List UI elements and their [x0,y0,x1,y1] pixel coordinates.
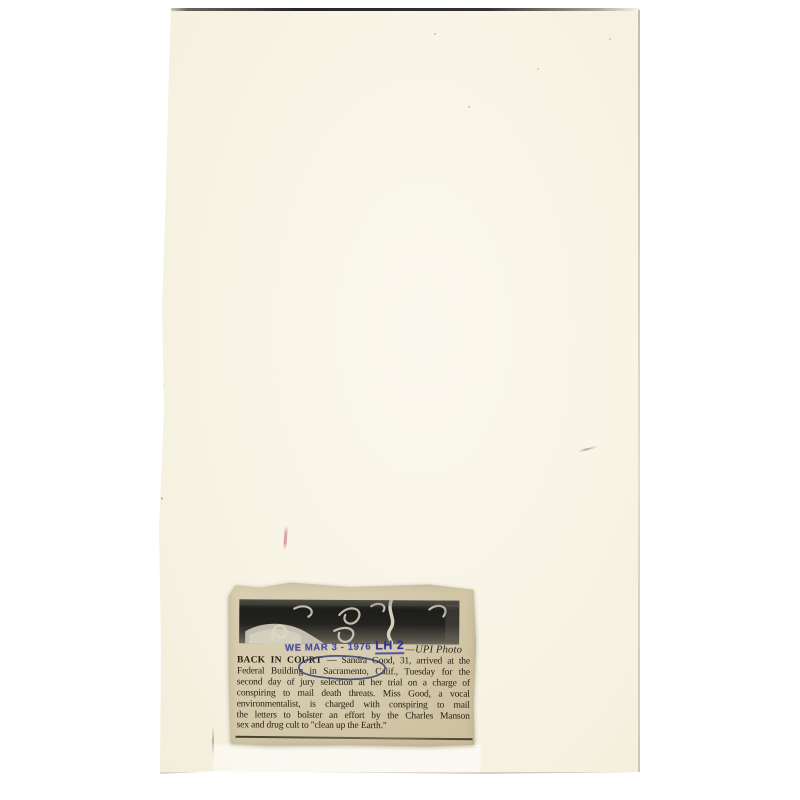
date-stamp: WE MAR 3 - 1976LH 2 [285,638,404,654]
dust-speck [609,38,611,40]
caption-lead: BACK IN COURT [237,655,322,666]
newspaper-clipping: WE MAR 3 - 1976LH 2 —UPI Photo BACK IN C… [228,582,477,747]
paper-bottom-edge-shadow [160,772,640,774]
newsprint-photo-fragment [239,599,459,644]
scratch-mark [578,446,598,453]
date-stamp-text: WE MAR 3 - 1976 [285,642,371,654]
scanned-photo-verso: { "document": { "background_color": "#ff… [0,0,800,800]
edge-speck [160,418,162,421]
circled-name-text: Sandra Good, [341,656,394,666]
photo-fragment-swirls [239,599,459,644]
edge-speck [161,384,164,387]
dust-speck [434,33,436,35]
date-stamp-code: LH 2 [375,638,404,654]
pink-ink-smudge [283,526,288,550]
dust-speck [537,68,539,70]
caption-separator: — [322,656,342,666]
paper-right-edge-shadow [638,10,640,774]
clipping-wrapper: WE MAR 3 - 1976LH 2 —UPI Photo BACK IN C… [228,583,476,746]
caption-line: conspiring to mail death threats. Miss G… [237,688,470,700]
caption-line: environmentalist, is charged with conspi… [237,699,470,711]
photo-paper-back: WE MAR 3 - 1976LH 2 —UPI Photo BACK IN C… [158,8,640,774]
caption-line1-rest: 31, arrived at the [395,656,470,666]
column-rule [236,736,473,740]
edge-speck [161,497,163,500]
paper-top-edge-shadow [164,8,638,11]
photo-credit: —UPI Photo [406,644,463,655]
dust-speck [468,106,470,108]
tape-strip [214,745,480,772]
caption-line: sex and drug cult to "clean up the Earth… [237,721,470,733]
caption-text-block: BACK IN COURT — Sandra Good, 31, arrived… [237,655,470,733]
